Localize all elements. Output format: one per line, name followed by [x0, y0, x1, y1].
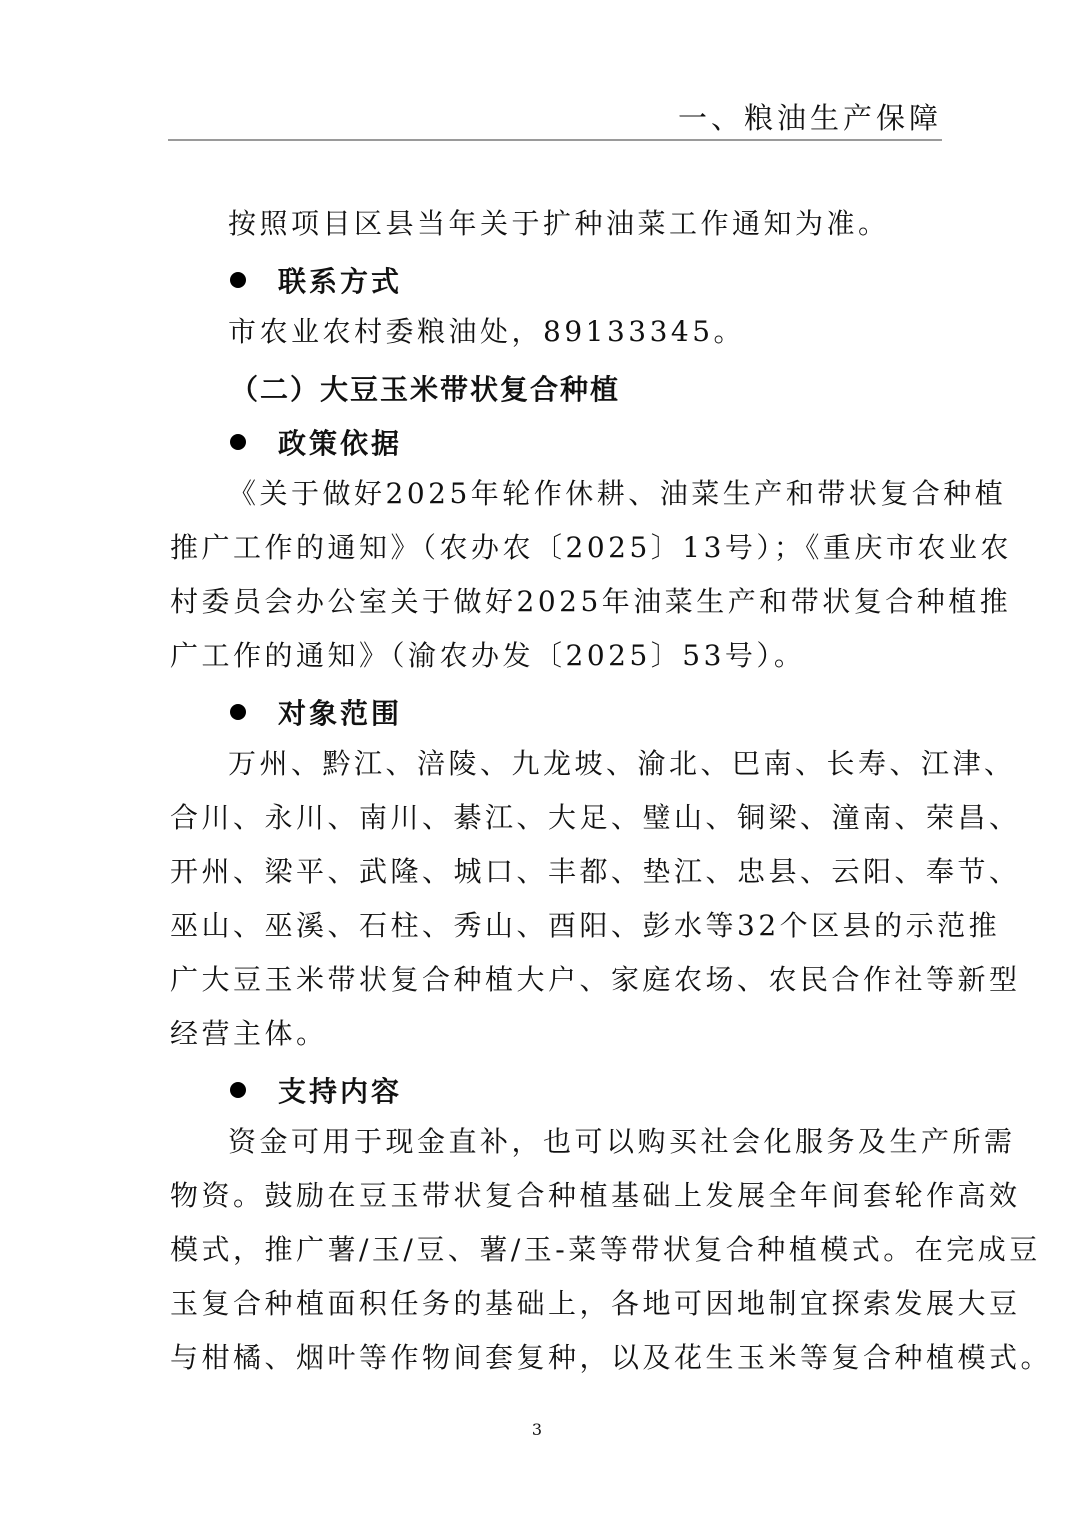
bullet-icon — [230, 434, 246, 450]
bullet-icon — [230, 272, 246, 288]
contact-text: 市农业农村委粮油处，89133345。 — [228, 314, 942, 350]
policy-line: 广工作的通知》（渝农办发〔2025〕53号）。 — [170, 638, 942, 674]
policy-line: 推广工作的通知》（农办农〔2025〕13号）；《重庆市农业农 — [170, 530, 942, 566]
scope-heading: 对象范围 — [230, 692, 402, 732]
support-line: 模式，推广薯/玉/豆、薯/玉-菜等带状复合种植模式。在完成豆 — [170, 1232, 942, 1268]
header-divider — [168, 139, 942, 141]
section-heading: （二）大豆玉米带状复合种植 — [230, 368, 620, 408]
support-line: 资金可用于现金直补，也可以购买社会化服务及生产所需 — [228, 1124, 942, 1160]
bullet-icon — [230, 704, 246, 720]
section-title: 一、粮油生产保障 — [678, 96, 942, 137]
scope-line: 广大豆玉米带状复合种植大户、家庭农场、农民合作社等新型 — [170, 962, 942, 998]
contact-heading: 联系方式 — [230, 260, 402, 300]
scope-line: 万州、黔江、涪陵、九龙坡、渝北、巴南、长寿、江津、 — [228, 746, 942, 782]
support-line: 玉复合种植面积任务的基础上，各地可因地制宜探索发展大豆 — [170, 1286, 942, 1322]
support-heading: 支持内容 — [230, 1070, 402, 1110]
scope-line: 合川、永川、南川、綦江、大足、璧山、铜梁、潼南、荣昌、 — [170, 800, 942, 836]
support-line: 与柑橘、烟叶等作物间套复种，以及花生玉米等复合种植模式。 — [170, 1340, 942, 1376]
support-line: 物资。鼓励在豆玉带状复合种植基础上发展全年间套轮作高效 — [170, 1178, 942, 1214]
page-number: 3 — [0, 1420, 1074, 1439]
bullet-icon — [230, 1082, 246, 1098]
scope-line: 经营主体。 — [170, 1016, 942, 1052]
policy-line: 《关于做好2025年轮作休耕、油菜生产和带状复合种植 — [228, 476, 942, 512]
scope-line: 巫山、巫溪、石柱、秀山、酉阳、彭水等32个区县的示范推 — [170, 908, 942, 944]
policy-heading: 政策依据 — [230, 422, 402, 462]
policy-line: 村委员会办公室关于做好2025年油菜生产和带状复合种植推 — [170, 584, 942, 620]
scope-line: 开州、梁平、武隆、城口、丰都、垫江、忠县、云阳、奉节、 — [170, 854, 942, 890]
intro-paragraph: 按照项目区县当年关于扩种油菜工作通知为准。 — [228, 206, 942, 242]
